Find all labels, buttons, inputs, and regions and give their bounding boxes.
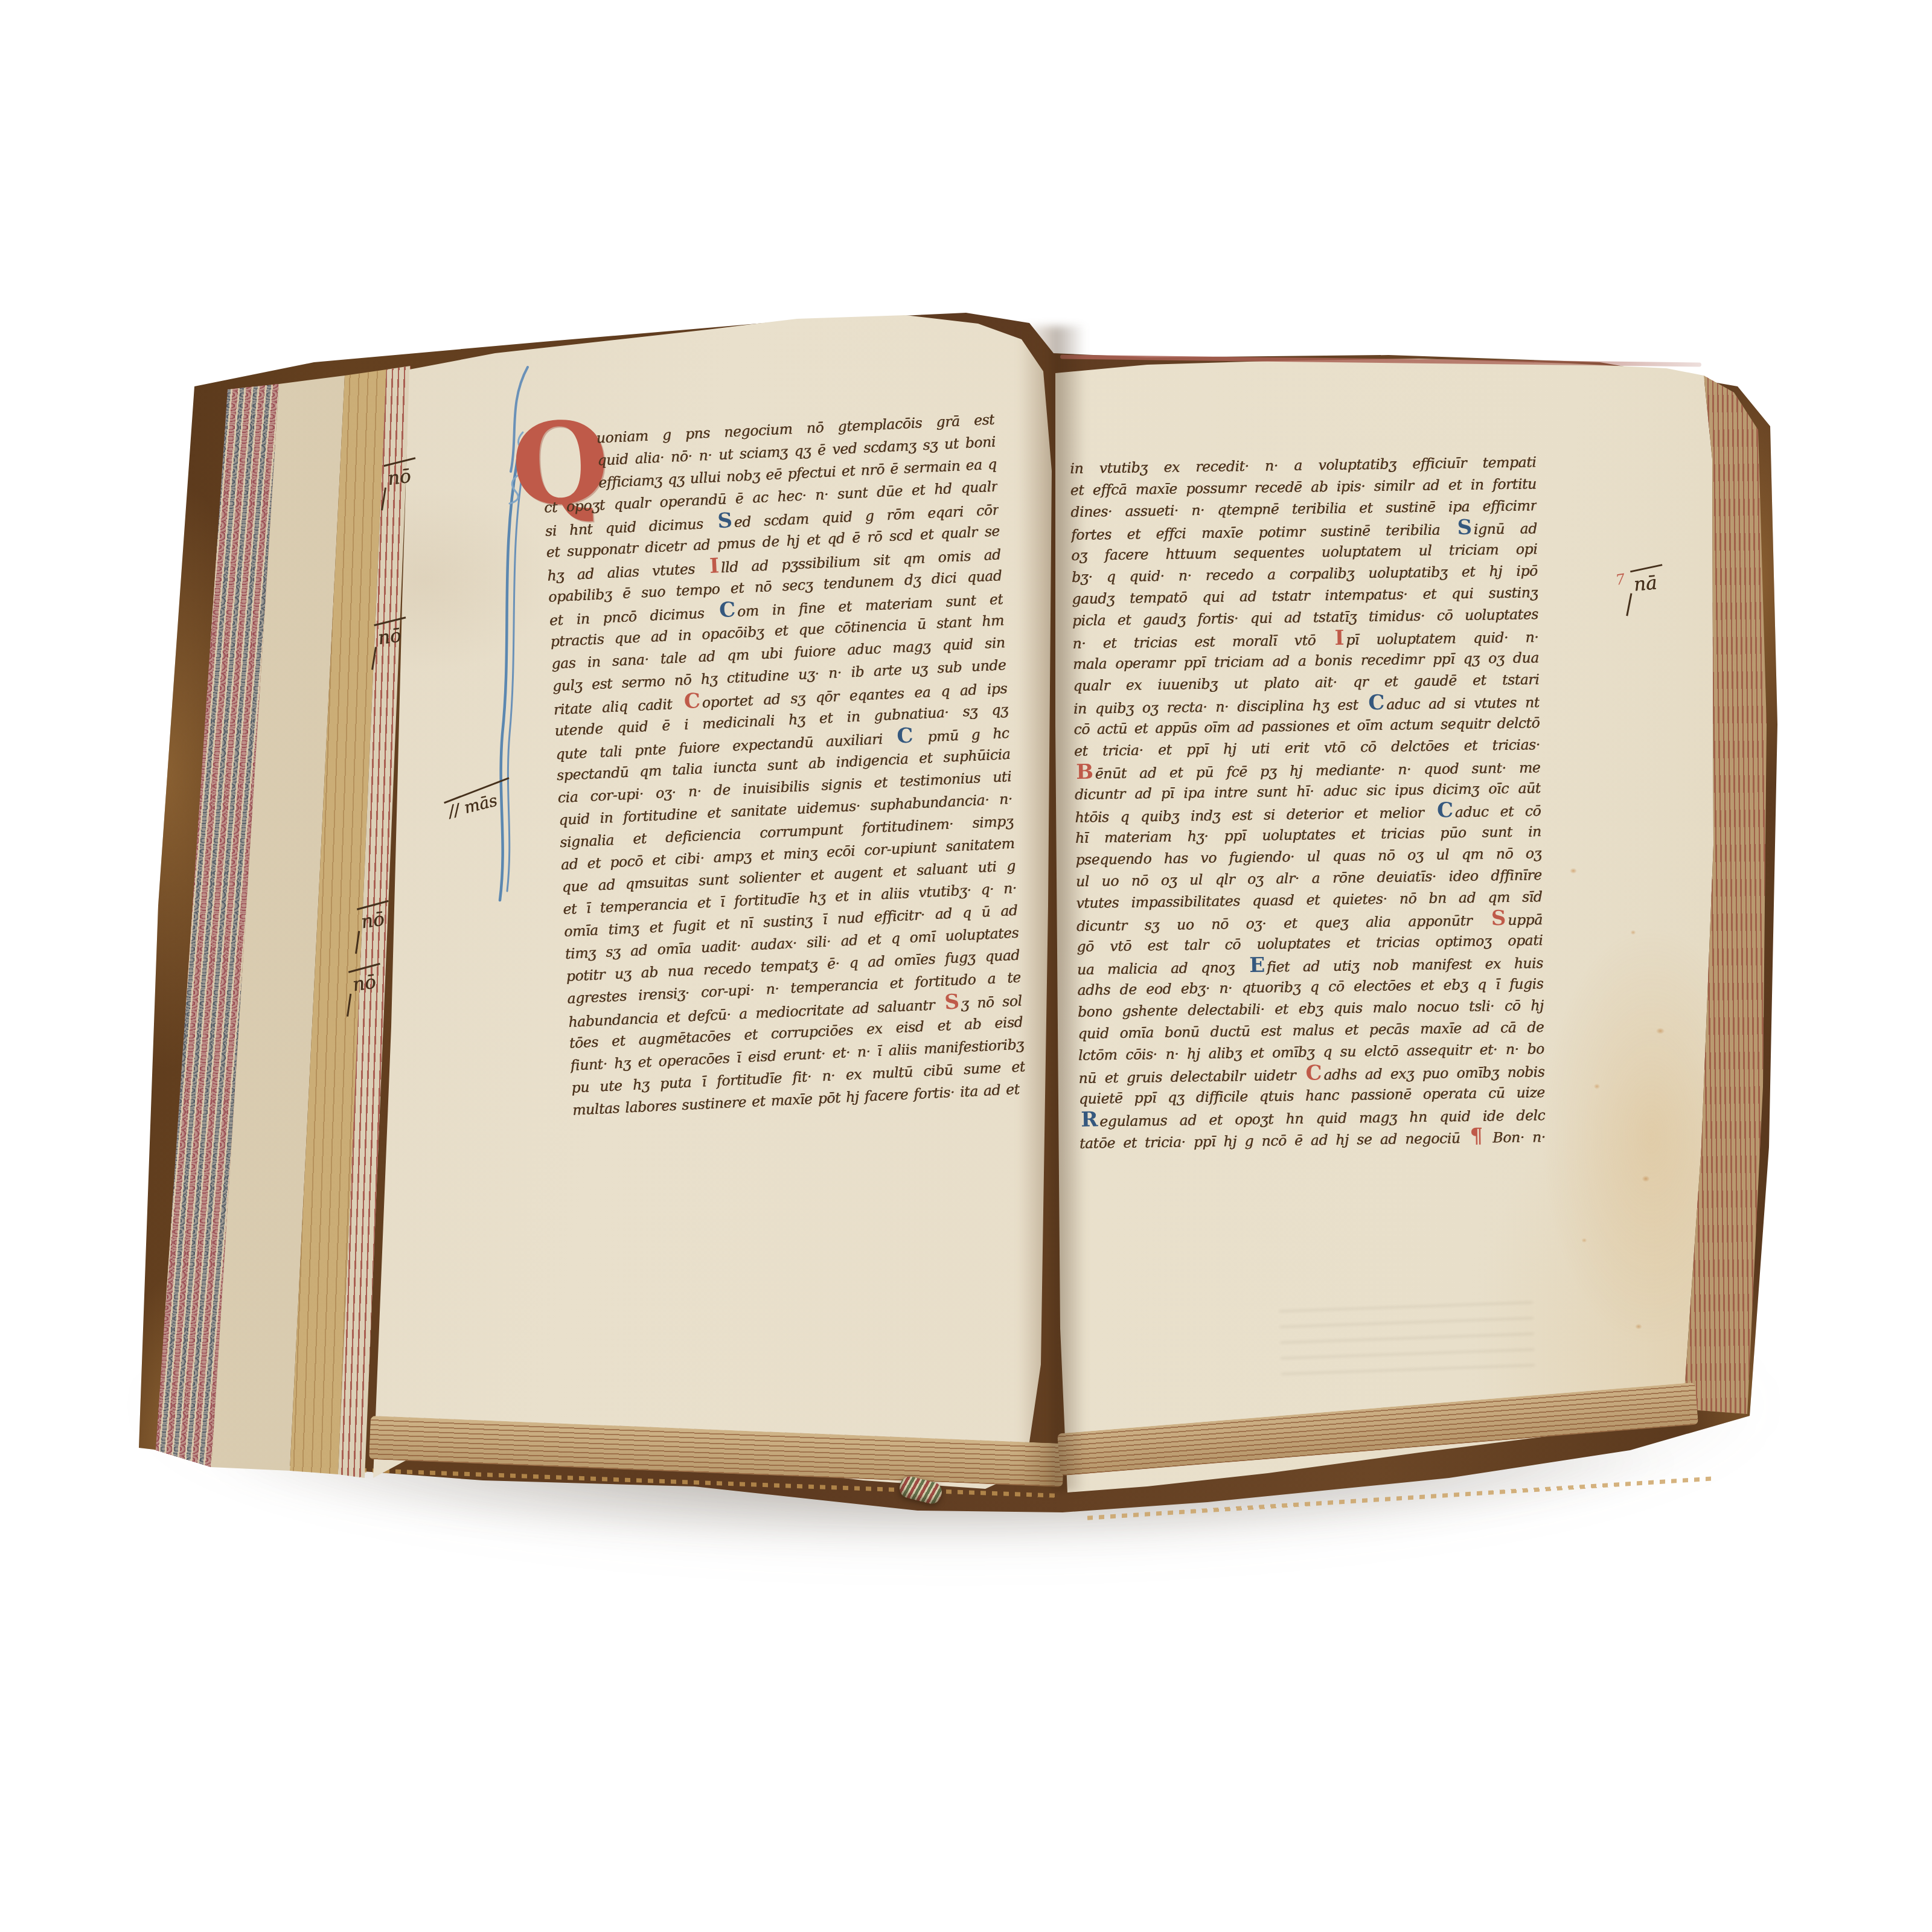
blue-paragraph-initial: C (1435, 799, 1455, 822)
left-page-text-block: uoniam g pns negocium nō gtemplacōis grā… (540, 409, 1026, 1122)
red-paragraph-initial: ¶ (1468, 1125, 1485, 1148)
foxing-spots (1534, 797, 1715, 1413)
red-paragraph-initial: B (1074, 760, 1095, 783)
right-page-text-block: in vtutibʒ ex recedit· n· a voluptatibʒ … (1070, 451, 1546, 1153)
marginal-nota-mark: nō (360, 910, 386, 932)
red-paragraph-initial: C (1303, 1061, 1323, 1085)
blue-paragraph-initial: C (717, 598, 738, 622)
blue-paragraph-initial: R (1079, 1107, 1099, 1131)
blue-paragraph-initial: E (1247, 953, 1267, 977)
marginal-nota-mark: nō (377, 627, 402, 648)
marginal-nota-mark: nā (1633, 574, 1658, 594)
blue-paragraph-initial: S (715, 508, 734, 533)
blue-paragraph-initial: C (1366, 691, 1386, 715)
red-paragraph-initial: S (1489, 907, 1508, 930)
manuscript-photo: Q uoniam g pns negocium nō gtemplacōis g… (0, 0, 1932, 1932)
red-paragraph-initial: I (707, 554, 721, 578)
blue-paragraph-initial: S (1455, 516, 1474, 540)
marginal-nota-mark: nō (386, 467, 412, 488)
red-paragraph-initial: C (682, 689, 703, 714)
marginal-nota-mark: nō (351, 973, 377, 994)
red-paragraph-initial: S (942, 990, 961, 1014)
blue-paragraph-initial: C (895, 723, 916, 748)
ink-show-through (1279, 1288, 1535, 1375)
red-paragraph-initial: I (1332, 626, 1346, 650)
